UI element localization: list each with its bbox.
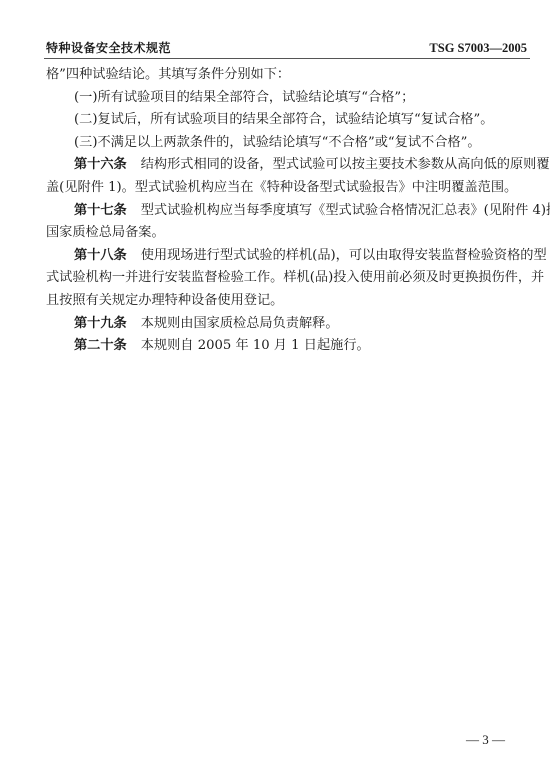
header-code: TSG S7003—2005 [429, 40, 527, 56]
article-18-line-3: 且按照有关规定办理特种设备使用登记。 [46, 290, 510, 313]
article-number: 第十九条 [74, 316, 127, 331]
condition-item-1: (一)所有试验项目的结果全部符合，试验结论填写“合格”； [46, 87, 510, 110]
continuation-line: 格”四种试验结论。其填写条件分别如下： [46, 64, 510, 87]
article-18-line-2: 式试验机构一并进行安装监督检验工作。样机(品)投入使用前必须及时更换损伤件，并 [46, 267, 510, 290]
article-16-line-2: 盖(见附件 1)。型式试验机构应当在《特种设备型式试验报告》中注明覆盖范围。 [46, 177, 510, 200]
article-17: 第十七条型式试验机构应当每季度填写《型式试验合格情况汇总表》(见附件 4)报 [46, 200, 510, 223]
article-number: 第二十条 [74, 338, 127, 353]
article-20: 第二十条本规则自 2005 年 10 月 1 日起施行。 [46, 335, 510, 358]
article-text: 本规则由国家质检总局负责解释。 [141, 316, 339, 331]
article-16: 第十六条结构形式相同的设备，型式试验可以按主要技术参数从高向低的原则覆 [46, 154, 510, 177]
article-text: 使用现场进行型式试验的样机(品)，可以由取得安装监督检验资格的型 [141, 248, 547, 263]
article-text: 本规则自 2005 年 10 月 1 日起施行。 [141, 338, 370, 353]
condition-item-3: (三)不满足以上两款条件的，试验结论填写“不合格”或“复试不合格”。 [46, 132, 510, 155]
page-number: — 3 — [466, 732, 505, 748]
article-number: 第十七条 [74, 203, 127, 218]
header-title: 特种设备安全技术规范 [46, 40, 171, 56]
article-17-line-2: 国家质检总局备案。 [46, 222, 510, 245]
article-18: 第十八条使用现场进行型式试验的样机(品)，可以由取得安装监督检验资格的型 [46, 245, 510, 268]
page-header: 特种设备安全技术规范 TSG S7003—2005 [44, 40, 530, 59]
article-number: 第十八条 [74, 248, 127, 263]
condition-item-2: (二)复试后，所有试验项目的结果全部符合，试验结论填写“复试合格”。 [46, 109, 510, 132]
document-body: 格”四种试验结论。其填写条件分别如下： (一)所有试验项目的结果全部符合，试验结… [46, 64, 510, 358]
article-text: 结构形式相同的设备，型式试验可以按主要技术参数从高向低的原则覆 [141, 157, 550, 172]
article-number: 第十六条 [74, 157, 127, 172]
article-19: 第十九条本规则由国家质检总局负责解释。 [46, 313, 510, 336]
article-text: 型式试验机构应当每季度填写《型式试验合格情况汇总表》(见附件 4)报 [141, 203, 550, 218]
